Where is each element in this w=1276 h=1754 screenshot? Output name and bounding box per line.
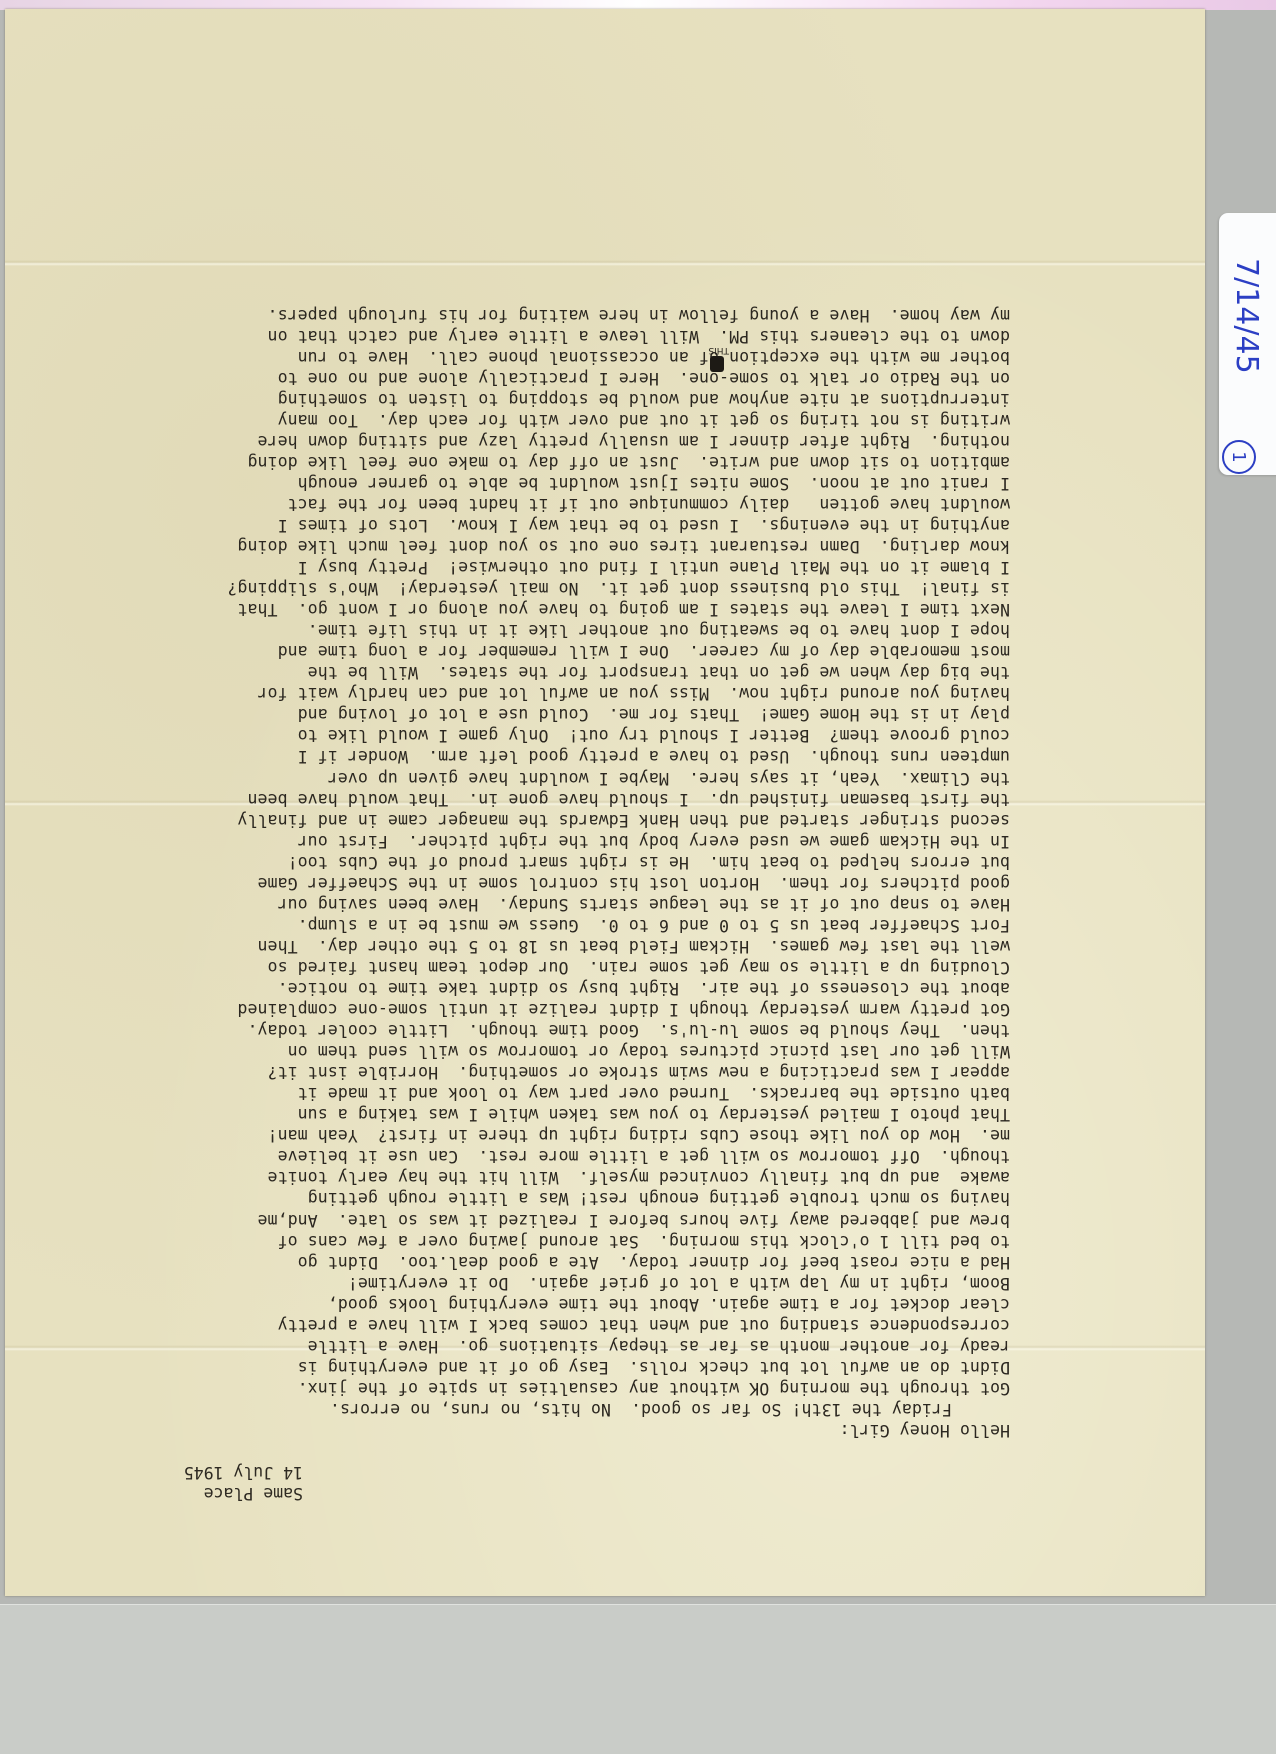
handwritten-insertion: THIS <box>708 345 729 355</box>
letter-line: well the last few games. Hickam Field be… <box>70 936 1010 957</box>
letter-line: interruptions at nite anyhow and would b… <box>70 389 1010 410</box>
letter-line: wouldnt have gotten daily communique out… <box>70 494 1010 515</box>
letter-line: I blame it on the Mail Plane until I fin… <box>70 557 1010 578</box>
paper-fold <box>5 260 1205 266</box>
letter-line: Fort Schaeffer beat us 5 to 0 and 6 to 0… <box>70 915 1010 936</box>
letter-line: the Climax. Yeah, it says here. Maybe I … <box>70 768 1010 789</box>
letter-line: to bed till 1 o'clock this morning. Sat … <box>70 1231 1010 1252</box>
letter-body: Hello Honey Girl: Friday the 13th! So fa… <box>70 304 1010 1441</box>
letter-line: on the Radio or talk to some-one. Here I… <box>70 368 1010 389</box>
letter-line: correspondence standing out and when tha… <box>70 1315 1010 1336</box>
letter-line: about the closeness of the air. Right bu… <box>70 978 1010 999</box>
letter-page: Same Place 14 July 1945 Hello Honey Girl… <box>5 9 1205 1596</box>
letter-line: Next time I leave the states I am going … <box>70 599 1010 620</box>
letter-line: I ranit out at noon. Some nites Ijust wo… <box>70 473 1010 494</box>
letter-line: Will get our last picnic pictures today … <box>70 1041 1010 1062</box>
letter-line: most memorable day of my career. One I w… <box>70 641 1010 662</box>
scanner-backdrop-lower <box>0 1604 1276 1754</box>
letter-line: writing is not tiring so get it out and … <box>70 410 1010 431</box>
letter-line: me. How do you like those Cubs riding ri… <box>70 1125 1010 1146</box>
letter-line: down to the cleaners this PM. Will leave… <box>70 326 1010 347</box>
letter-line: clear docket for a time again. About the… <box>70 1294 1010 1315</box>
letter-line: nothing. Right after dinner I am usually… <box>70 431 1010 452</box>
sticky-note-page-number: 1 <box>1222 440 1256 474</box>
letter-line: know darling. Damn restuarant tires one … <box>70 536 1010 557</box>
letter-line: is final! This old business dont get it.… <box>70 578 1010 599</box>
letter-lines: Friday the 13th! So far so good. No hits… <box>70 304 1010 1419</box>
letter-line: the first baseman finished up. I should … <box>70 789 1010 810</box>
letter-heading: Same Place 14 July 1945 <box>184 1462 303 1504</box>
letter-line: In the Hickam game we used every body bu… <box>70 831 1010 852</box>
letter-line: anything in the evenings. I used to be t… <box>70 515 1010 536</box>
letter-line: bath outside the barracks. Turned over p… <box>70 1083 1010 1104</box>
letter-line: Clouding up a little so may get some rai… <box>70 957 1010 978</box>
letter-line: bother me with the exception of an occas… <box>70 347 1010 368</box>
letter-line: but errors helped to beat him. He is rig… <box>70 852 1010 873</box>
letter-line: could groove them? Better I should try o… <box>70 725 1010 746</box>
letter-line: Had a nice roast beef for dinner today. … <box>70 1252 1010 1273</box>
letter-line: play in is the Home Game! Thats for me. … <box>70 704 1010 725</box>
letter-line: Got through the morning OK without any c… <box>70 1378 1010 1399</box>
letter-line: the big day when we get on that transpor… <box>70 662 1010 683</box>
letter-line: Boom, right in my lap with a lot of grie… <box>70 1273 1010 1294</box>
letter-line: ready for another month as far as thepay… <box>70 1336 1010 1357</box>
salutation: Hello Honey Girl: <box>70 1420 1010 1441</box>
letter-line: appear I was practicing a new swim strok… <box>70 1062 1010 1083</box>
letter-line: Have to snap out of it as the league sta… <box>70 894 1010 915</box>
letter-line: That photo I mailed yesterday to you was… <box>70 1104 1010 1125</box>
letter-line: Didnt do an awful lot but check rolls. E… <box>70 1357 1010 1378</box>
letter-line: Got pretty warm yesterday though I didnt… <box>70 999 1010 1020</box>
ink-blot <box>710 356 724 372</box>
letter-line: Friday the 13th! So far so good. No hits… <box>70 1399 1010 1420</box>
letter-line: having so much trouble getting enough re… <box>70 1188 1010 1209</box>
letter-line: ambition to sit down and write. Just an … <box>70 452 1010 473</box>
letter-line: hope I dont have to be sweating out anot… <box>70 620 1010 641</box>
heading-place: Same Place <box>184 1483 303 1504</box>
letter-line: then. They should be some lu-lu's. Good … <box>70 1020 1010 1041</box>
letter-line: umpteen runs though. Used to have a pret… <box>70 746 1010 767</box>
letter-line: awake and up but finally convinced mysel… <box>70 1167 1010 1188</box>
letter-line: second stringer started and then Hank Ed… <box>70 810 1010 831</box>
letter-line: good pitchers for them. Horton lost his … <box>70 873 1010 894</box>
heading-date: 14 July 1945 <box>184 1462 303 1483</box>
letter-line: having you around right now. Miss you an… <box>70 683 1010 704</box>
letter-line: brew and jabbered away five hours before… <box>70 1209 1010 1230</box>
sticky-note-date: 7/14/45 <box>1229 258 1264 374</box>
letter-line: though. Off tomorrow so will get a littl… <box>70 1146 1010 1167</box>
letter-line: my way home. Have a young fellow in here… <box>70 304 1010 325</box>
